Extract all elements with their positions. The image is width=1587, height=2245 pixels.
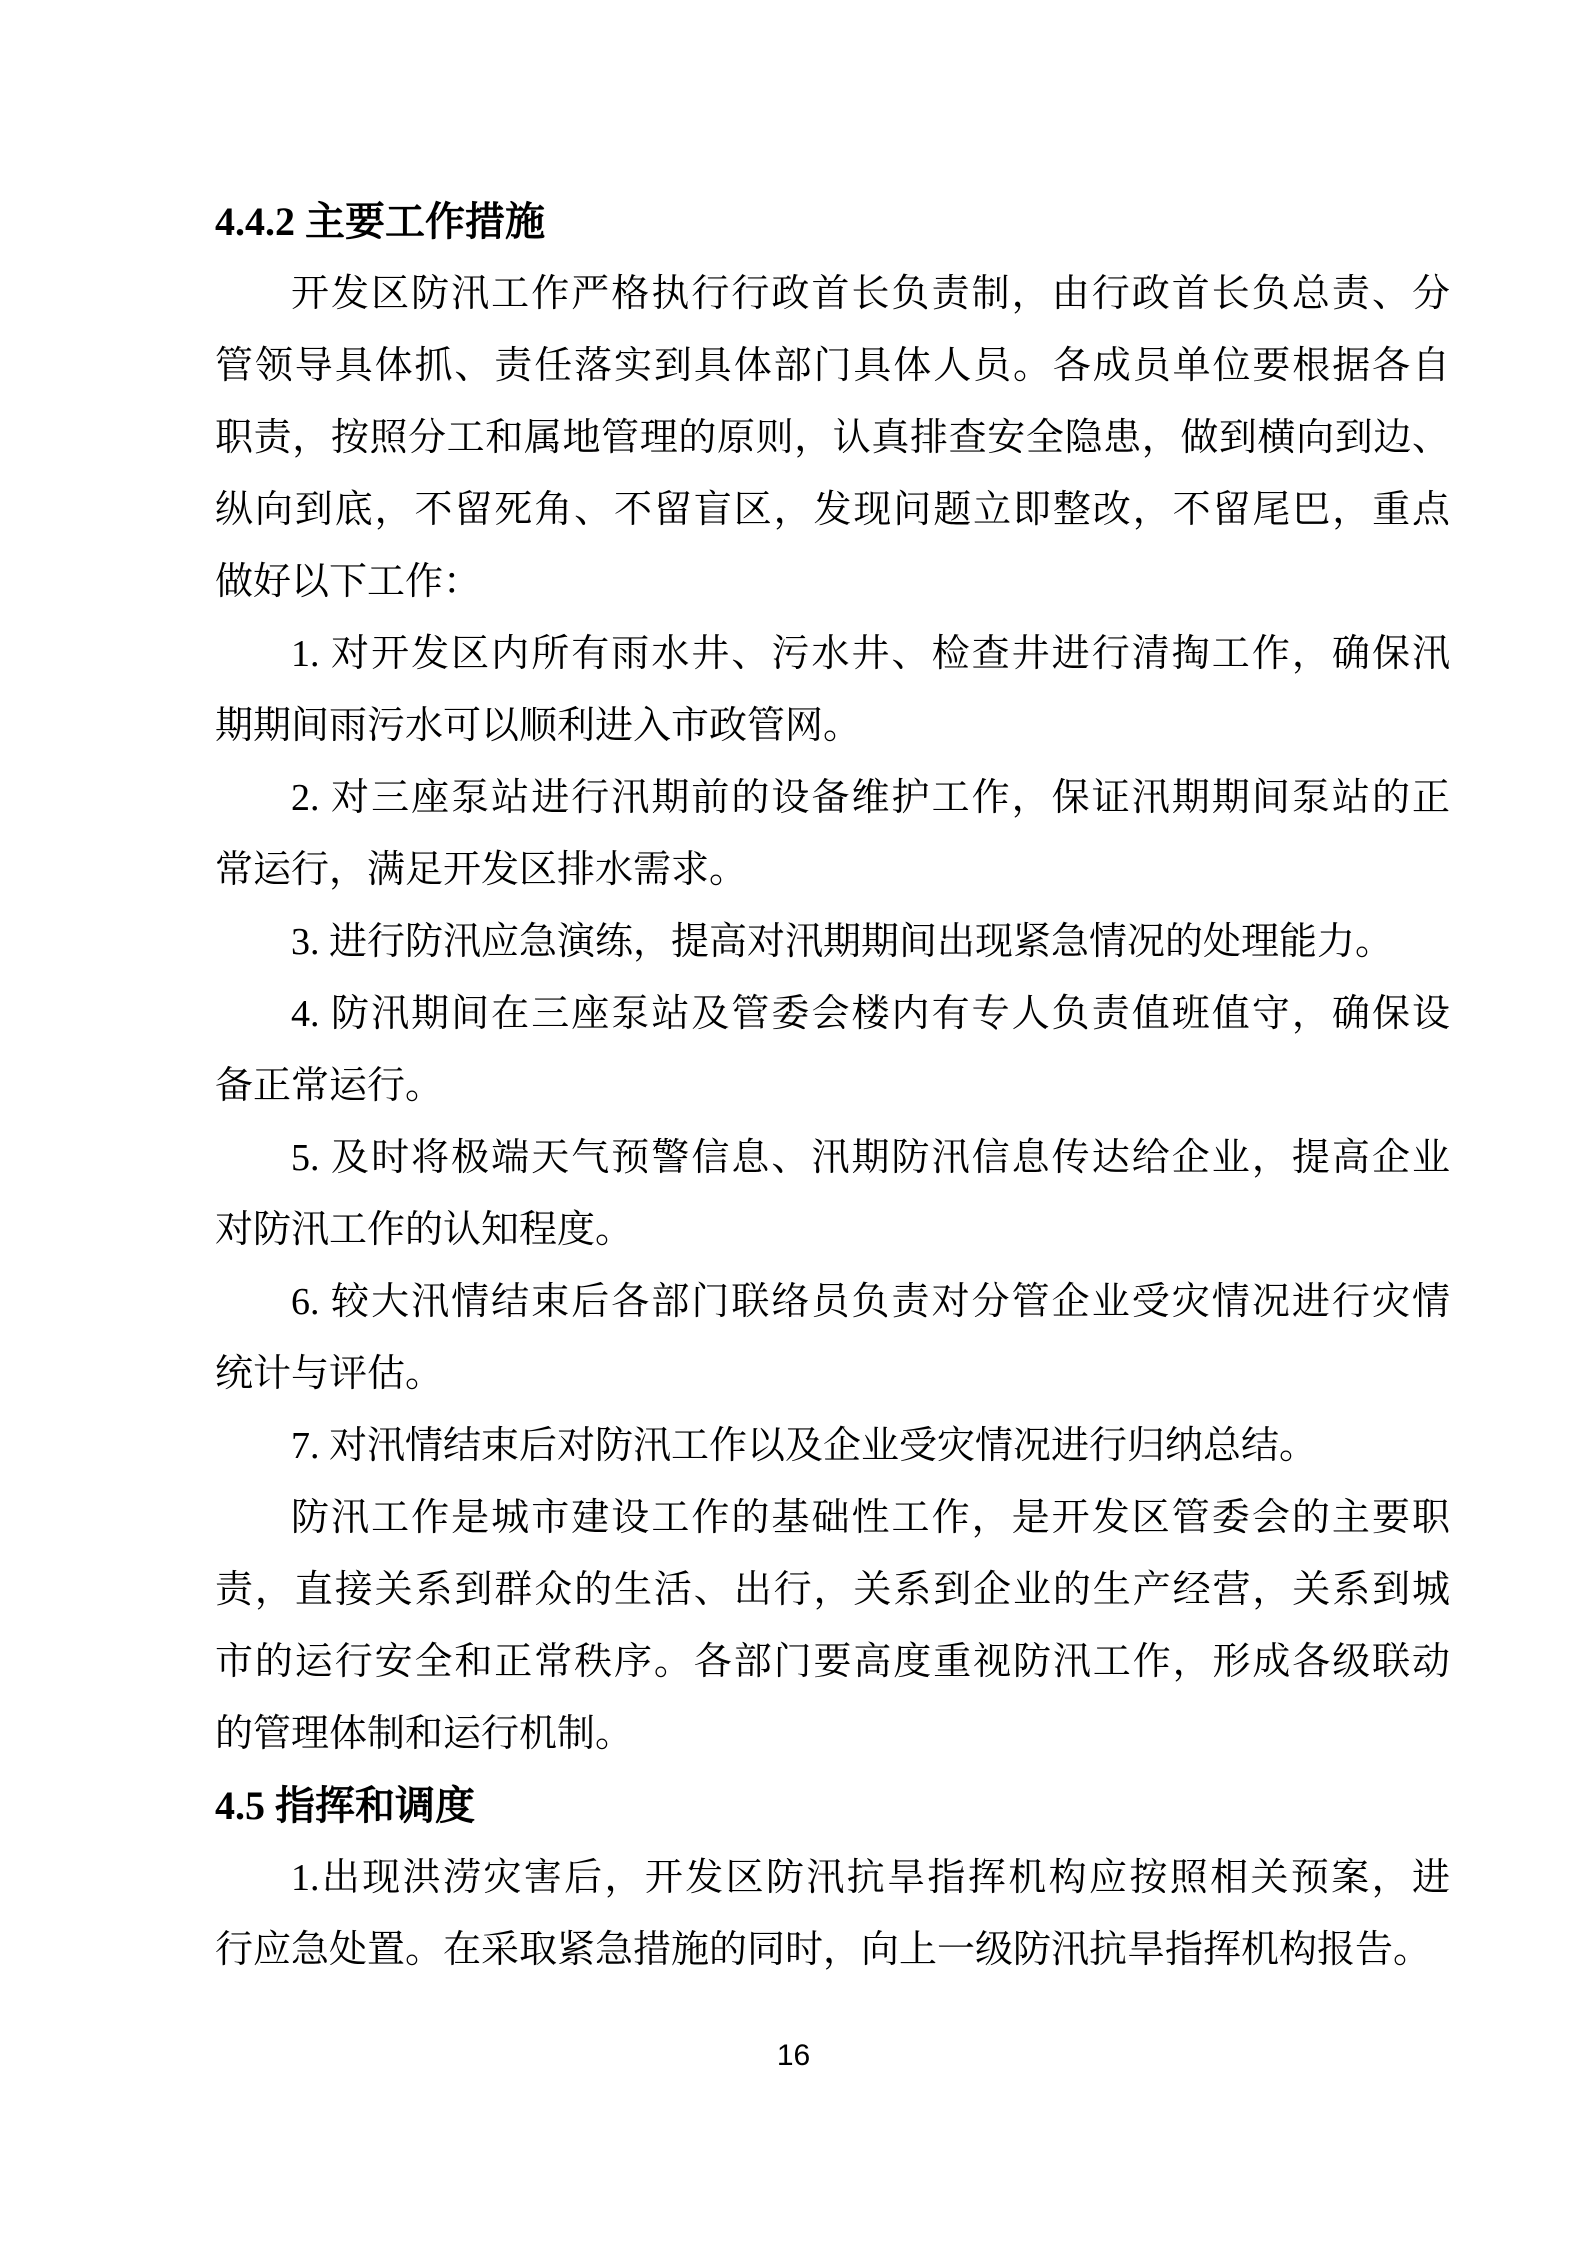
text-line: 行应急处置。在采取紧急措施的同时，向上一级防汛抗旱指挥机构报告。 bbox=[215, 1914, 1450, 1986]
document-body: 4.4.2 主要工作措施 开发区防汛工作严格执行行政首长负责制，由行政首长负总责… bbox=[215, 186, 1450, 1986]
section-heading-4-4-2: 4.4.2 主要工作措施 bbox=[215, 186, 1450, 258]
text-line-item-3: 3. 进行防汛应急演练，提高对汛期期间出现紧急情况的处理能力。 bbox=[215, 906, 1450, 978]
text-line: 责，直接关系到群众的生活、出行，关系到企业的生产经营，关系到城 bbox=[215, 1554, 1450, 1626]
text-line: 管领导具体抓、责任落实到具体部门具体人员。各成员单位要根据各自 bbox=[215, 330, 1450, 402]
text-line: 的管理体制和运行机制。 bbox=[215, 1698, 1450, 1770]
text-line: 开发区防汛工作严格执行行政首长负责制，由行政首长负总责、分 bbox=[215, 258, 1450, 330]
text-line-item-1: 1. 对开发区内所有雨水井、污水井、检查井进行清掏工作，确保汛 bbox=[215, 618, 1450, 690]
section-heading-4-5: 4.5 指挥和调度 bbox=[215, 1770, 1450, 1842]
text-line: 统计与评估。 bbox=[215, 1338, 1450, 1410]
text-line-item-4: 4. 防汛期间在三座泵站及管委会楼内有专人负责值班值守，确保设 bbox=[215, 978, 1450, 1050]
text-line: 1.出现洪涝灾害后，开发区防汛抗旱指挥机构应按照相关预案，进 bbox=[215, 1842, 1450, 1914]
text-line: 备正常运行。 bbox=[215, 1050, 1450, 1122]
text-line-item-7: 7. 对汛情结束后对防汛工作以及企业受灾情况进行归纳总结。 bbox=[215, 1410, 1450, 1482]
text-line: 做好以下工作： bbox=[215, 546, 1450, 618]
text-line: 纵向到底，不留死角、不留盲区，发现问题立即整改，不留尾巴，重点 bbox=[215, 474, 1450, 546]
text-line: 防汛工作是城市建设工作的基础性工作，是开发区管委会的主要职 bbox=[215, 1482, 1450, 1554]
text-line: 市的运行安全和正常秩序。各部门要高度重视防汛工作，形成各级联动 bbox=[215, 1626, 1450, 1698]
text-line-item-6: 6. 较大汛情结束后各部门联络员负责对分管企业受灾情况进行灾情 bbox=[215, 1266, 1450, 1338]
text-line: 职责，按照分工和属地管理的原则，认真排查安全隐患，做到横向到边、 bbox=[215, 402, 1450, 474]
document-page: 4.4.2 主要工作措施 开发区防汛工作严格执行行政首长负责制，由行政首长负总责… bbox=[0, 0, 1587, 2245]
text-line-item-5: 5. 及时将极端天气预警信息、汛期防汛信息传达给企业，提高企业 bbox=[215, 1122, 1450, 1194]
text-line: 常运行，满足开发区排水需求。 bbox=[215, 834, 1450, 906]
text-line-item-2: 2. 对三座泵站进行汛期前的设备维护工作，保证汛期期间泵站的正 bbox=[215, 762, 1450, 834]
text-line: 期期间雨污水可以顺利进入市政管网。 bbox=[215, 690, 1450, 762]
text-line: 对防汛工作的认知程度。 bbox=[215, 1194, 1450, 1266]
page-number: 16 bbox=[0, 2036, 1587, 2076]
